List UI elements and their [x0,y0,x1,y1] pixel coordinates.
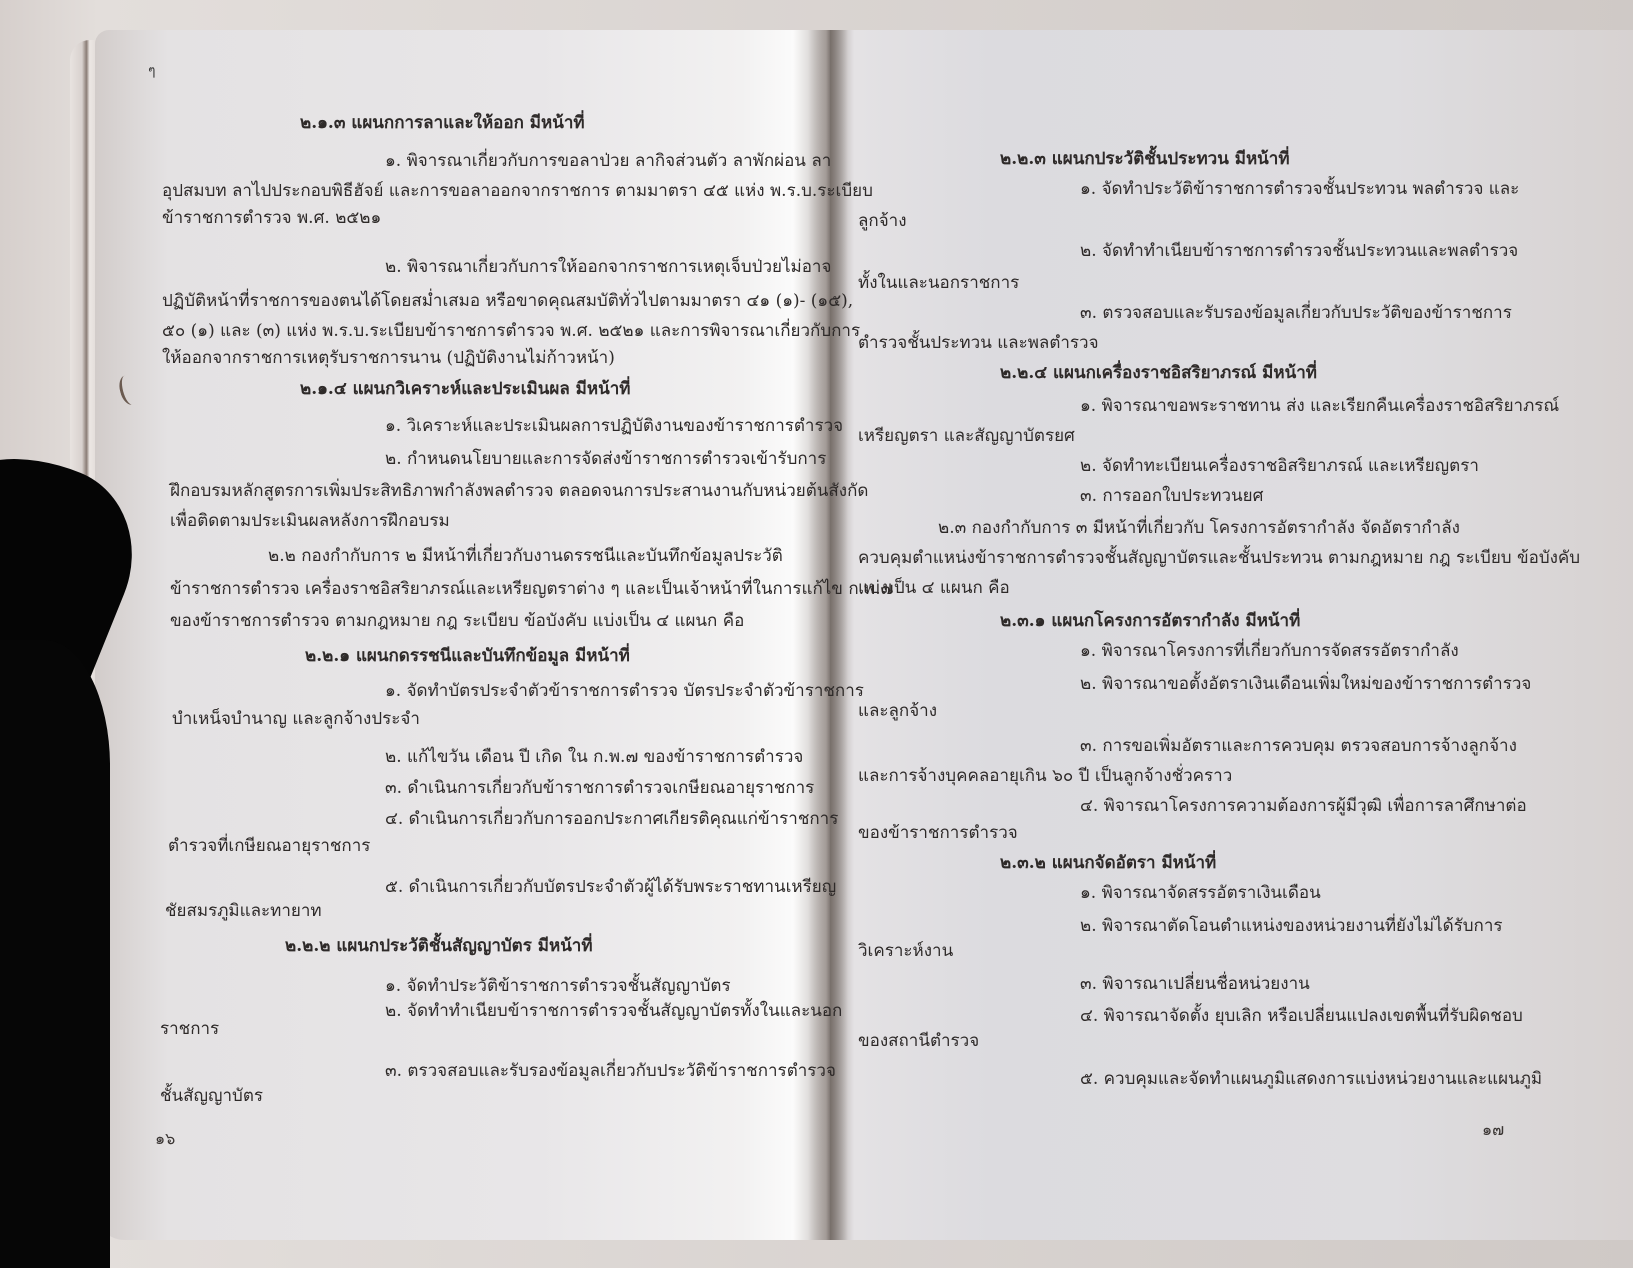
text-line: วิเคราะห์งาน [858,940,953,962]
text-line: ชั้นสัญญาบัตร [160,1085,263,1107]
text-line: ข้าราชการตำรวจ พ.ศ. ๒๕๒๑ [162,207,381,229]
text-line: ๓. การออกใบประทวนยศ [1080,485,1263,507]
book-gutter [808,30,848,1240]
text-line: ๒. พิจารณาตัดโอนตำแหน่งของหน่วยงานที่ยัง… [1080,915,1503,937]
text-line: ๑. จัดทำประวัติข้าราชการตำรวจชั้นประทวน … [1080,178,1519,200]
section-heading: ๒.๒.๒ แผนกประวัติชั้นสัญญาบัตร มีหน้าที่ [285,935,593,957]
section-heading: ๒.๒.๓ แผนกประวัติชั้นประทวน มีหน้าที่ [1000,148,1290,170]
text-line: ทั้งในและนอกราชการ [858,272,1019,294]
text-line: ๑. จัดทำประวัติข้าราชการตำรวจชั้นสัญญาบั… [385,975,731,997]
text-line: ของข้าราชการตำรวจ [858,822,1018,844]
text-line: ๓. การขอเพิ่มอัตราและการควบคุม ตรวจสอบกา… [1080,735,1517,757]
text-line: ๑. วิเคราะห์และประเมินผลการปฏิบัติงานของ… [385,415,843,437]
text-line: ๕๐ (๑) และ (๓) แห่ง พ.ร.บ.ระเบียบข้าราชก… [162,320,860,342]
text-line: ราชการ [160,1018,219,1040]
text-line: แบ่งเป็น ๔ แผนก คือ [858,577,1010,599]
text-line: และการจ้างบุคคลอายุเกิน ๖๐ ปี เป็นลูกจ้า… [858,765,1232,787]
text-line: ฝึกอบรมหลักสูตรการเพิ่มประสิทธิภาพกำลังพ… [170,480,868,502]
text-line: ตำรวจชั้นประทวน และพลตำรวจ [858,332,1099,354]
text-line: อุปสมบท ลาไปประกอบพิธีฮัจย์ และการขอลาออ… [162,180,873,202]
text-line: ๑. พิจารณาจัดสรรอัตราเงินเดือน [1080,882,1321,904]
section-heading: ๒.๒.๑ แผนกดรรชนีและบันทึกข้อมูล มีหน้าที… [305,645,630,667]
text-line: ของสถานีตำรวจ [858,1030,979,1052]
text-line: ๒.๓ กองกำกับการ ๓ มีหน้าที่เกี่ยวกับ โคร… [938,517,1460,539]
text-line: ๔. ดำเนินการเกี่ยวกับการออกประกาศเกียรติ… [385,808,838,830]
text-line: บำเหน็จบำนาญ และลูกจ้างประจำ [172,708,420,730]
text-line: ชัยสมรภูมิและทายาท [165,900,322,922]
text-line: ข้าราชการตำรวจ เครื่องราชอิสริยาภรณ์และเ… [170,578,893,600]
section-heading: ๒.๑.๓ แผนกการลาและให้ออก มีหน้าที่ [300,112,585,134]
text-line: ๒. แก้ไขวัน เดือน ปี เกิด ใน ก.พ.๗ ของข้… [385,746,803,768]
text-line: ๒.๒ กองกำกับการ ๒ มีหน้าที่เกี่ยวกับงานด… [268,545,783,567]
text-line: ควบคุมตำแหน่งข้าราชการตำรวจชั้นสัญญาบัตร… [858,547,1580,569]
text-line: และลูกจ้าง [858,700,937,722]
text-line: ๒. กำหนดนโยบายและการจัดส่งข้าราชการตำรวจ… [385,448,826,470]
section-heading: ๒.๒.๔ แผนกเครื่องราชอิสริยาภรณ์ มีหน้าที… [1000,362,1317,384]
text-line: ๒. จัดทำทะเบียนเครื่องราชอิสริยาภรณ์ และ… [1080,455,1479,477]
text-line: ของข้าราชการตำรวจ ตามกฎหมาย กฎ ระเบียบ ข… [170,610,744,632]
hand-shadow [0,640,110,1268]
text-line: ๑. จัดทำบัตรประจำตัวข้าราชการตำรวจ บัตรป… [385,680,864,702]
text-line: ๕. ควบคุมและจัดทำแผนภูมิแสดงการแบ่งหน่วย… [1080,1068,1542,1090]
margin-pencil-mark: ๆ [148,60,156,82]
text-line: ลูกจ้าง [858,210,907,232]
text-line: ๒. พิจารณาขอตั้งอัตราเงินเดือนเพิ่มใหม่ข… [1080,673,1531,695]
text-line: ๓. พิจารณาเปลี่ยนชื่อหน่วยงาน [1080,973,1310,995]
right-page-number: ๑๗ [1482,1118,1504,1143]
text-line: ๓. ตรวจสอบและรับรองข้อมูลเกี่ยวกับประวัต… [1080,302,1512,324]
text-line: ให้ออกจากราชการเหตุรับราชการนาน (ปฏิบัติ… [162,347,615,369]
text-line: ๓. ดำเนินการเกี่ยวกับข้าราชการตำรวจเกษีย… [385,777,814,799]
section-heading: ๒.๑.๔ แผนกวิเคราะห์และประเมินผล มีหน้าที… [300,378,630,400]
text-line: ๒. พิจารณาเกี่ยวกับการให้ออกจากราชการเหต… [385,256,831,278]
text-line: ๔. พิจารณาจัดตั้ง ยุบเลิก หรือเปลี่ยนแปล… [1080,1005,1523,1027]
section-heading: ๒.๓.๒ แผนกจัดอัตรา มีหน้าที่ [1000,852,1216,874]
right-page [830,30,1633,1240]
section-heading: ๒.๓.๑ แผนกโครงการอัตรากำลัง มีหน้าที่ [1000,610,1300,632]
text-line: ๒. จัดทำทำเนียบข้าราชการตำรวจชั้นประทวนแ… [1080,240,1518,262]
text-line: ๓. ตรวจสอบและรับรองข้อมูลเกี่ยวกับประวัต… [385,1060,836,1082]
text-line: ๕. ดำเนินการเกี่ยวกับบัตรประจำตัวผู้ได้ร… [385,876,836,898]
left-page-number: ๑๖ [155,1127,175,1152]
text-line: เหรียญตรา และสัญญาบัตรยศ [858,425,1075,447]
text-line: ๑. พิจารณาโครงการที่เกี่ยวกับการจัดสรรอั… [1080,640,1459,662]
text-line: ตำรวจที่เกษียณอายุราชการ [168,835,370,857]
text-line: ๑. พิจารณาขอพระราชทาน ส่ง และเรียกคืนเคร… [1080,395,1559,417]
text-line: ๑. พิจารณาเกี่ยวกับการขอลาป่วย ลากิจส่วน… [385,150,831,172]
text-line: ๒. จัดทำทำเนียบข้าราชการตำรวจชั้นสัญญาบั… [385,1000,842,1022]
text-line: ๔. พิจารณาโครงการความต้องการผู้มีวุฒิ เพ… [1080,795,1527,817]
text-line: เพื่อติดตามประเมินผลหลังการฝึกอบรม [170,510,450,532]
text-line: ปฏิบัติหน้าที่ราชการของตนได้โดยสม่ำเสมอ … [162,290,853,312]
